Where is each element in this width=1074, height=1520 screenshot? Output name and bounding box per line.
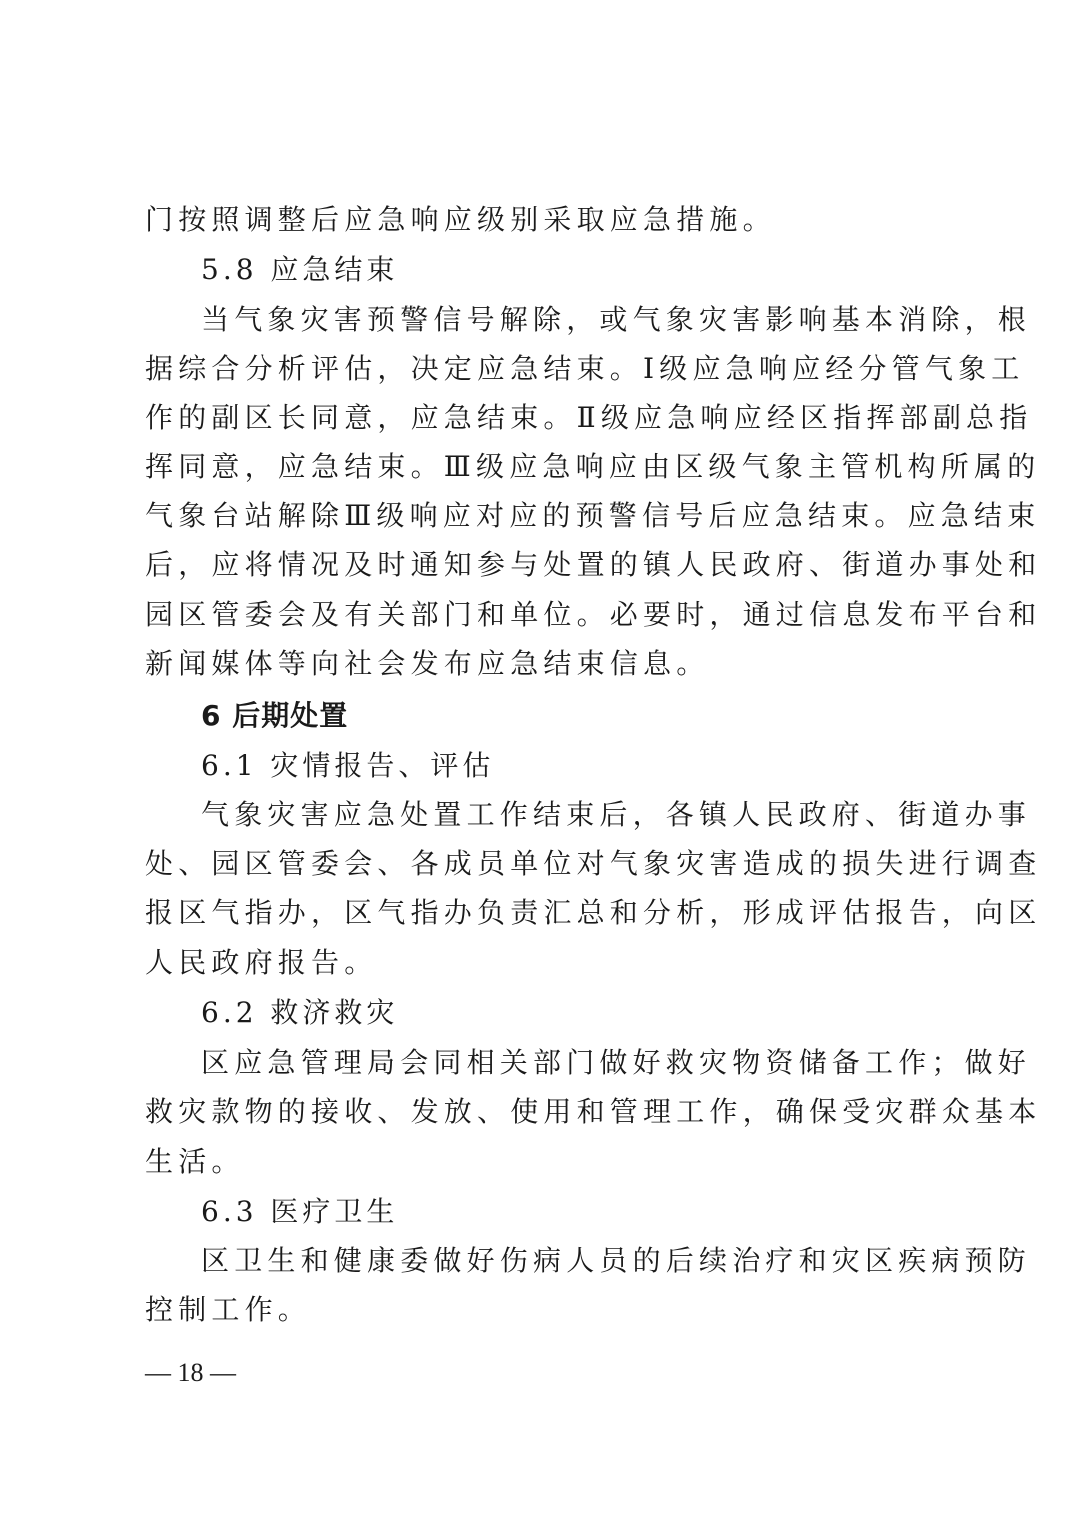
body-text-line: 门按照调整后应急响应级别采取应急措施。 — [145, 202, 935, 238]
chapter-heading-6: 6 后期处置 — [201, 698, 991, 734]
section-heading-6-3: 6.3 医疗卫生 — [201, 1194, 991, 1230]
body-text-line: 作的副区长同意，应急结束。Ⅱ级应急响应经区指挥部副总指 — [145, 400, 935, 436]
body-text-line: 生活。 — [145, 1144, 935, 1180]
section-heading-5-8: 5.8 应急结束 — [201, 252, 991, 288]
body-text-line: 园区管委会及有关部门和单位。必要时，通过信息发布平台和 — [145, 597, 935, 633]
body-text-line: 报区气指办，区气指办负责汇总和分析，形成评估报告，向区 — [145, 895, 935, 931]
body-text-line: 气象台站解除Ⅲ级响应对应的预警信号后应急结束。应急结束 — [145, 498, 935, 534]
paragraph-first-line: 区卫生和健康委做好伤病人员的后续治疗和灾区疾病预防 — [201, 1243, 935, 1279]
paragraph-first-line: 气象灾害应急处置工作结束后，各镇人民政府、街道办事 — [201, 797, 935, 833]
body-text-line: 新闻媒体等向社会发布应急结束信息。 — [145, 646, 935, 682]
document-page: 门按照调整后应急响应级别采取应急措施。 5.8 应急结束 当气象灾害预警信号解除… — [0, 0, 1074, 1520]
body-text-line: 救灾款物的接收、发放、使用和管理工作，确保受灾群众基本 — [145, 1094, 935, 1130]
body-text-line: 据综合分析评估，决定应急结束。Ⅰ级应急响应经分管气象工 — [145, 351, 935, 387]
body-text-line: 后，应将情况及时通知参与处置的镇人民政府、街道办事处和 — [145, 547, 935, 583]
body-text-line: 处、园区管委会、各成员单位对气象灾害造成的损失进行调查 — [145, 846, 935, 882]
section-heading-6-1: 6.1 灾情报告、评估 — [201, 748, 991, 784]
body-text-line: 控制工作。 — [145, 1292, 935, 1328]
paragraph-first-line: 区应急管理局会同相关部门做好救灾物资储备工作；做好 — [201, 1045, 935, 1081]
body-text-line: 挥同意，应急结束。Ⅲ级应急响应由区级气象主管机构所属的 — [145, 449, 935, 485]
paragraph-first-line: 当气象灾害预警信号解除，或气象灾害影响基本消除，根 — [201, 302, 935, 338]
section-heading-6-2: 6.2 救济救灾 — [201, 995, 991, 1031]
body-text-line: 人民政府报告。 — [145, 945, 935, 981]
page-number: — 18 — — [145, 1358, 236, 1388]
